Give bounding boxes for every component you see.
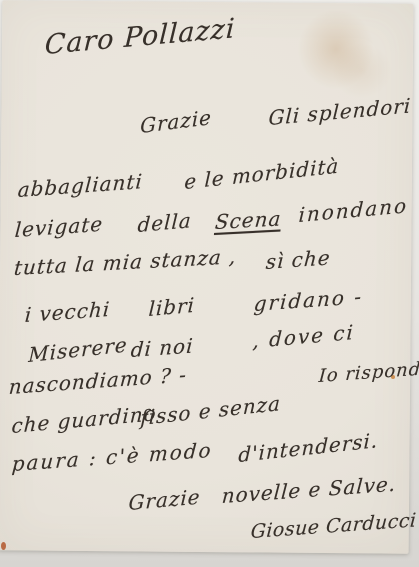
ink-speck (1, 542, 6, 550)
hw-della: della (137, 208, 192, 237)
hw-scena-underlined: Scena (214, 206, 283, 234)
hw-si-che: sì che (265, 245, 331, 274)
paper-stain (332, 43, 392, 99)
hw-di-noi: di noi (130, 333, 194, 362)
hw-libri: libri (148, 293, 196, 321)
letter-photo: Caro Pollazzi Grazie Gli splendori abbag… (0, 0, 419, 567)
